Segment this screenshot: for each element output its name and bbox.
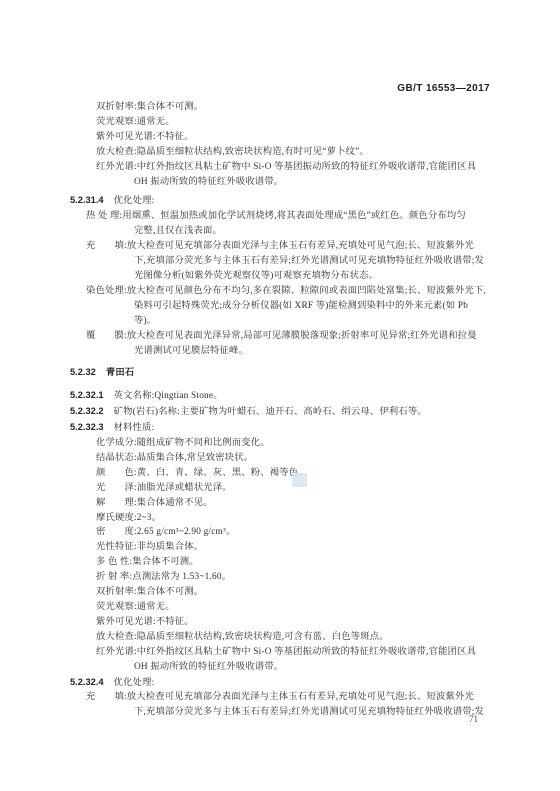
clause-number: 5.2.32.2 bbox=[70, 406, 104, 416]
doc-line: 下,充填部分荧光多与主体玉石有差异;红外光谱测试可见充填物特征红外吸收谱带;发 bbox=[70, 254, 500, 269]
doc-line: 双折射率:集合体不可测。 bbox=[70, 585, 500, 600]
clause-number: 5.2.32.4 bbox=[70, 677, 104, 687]
doc-line: 光 泽:油脂光泽或蜡状光泽。 bbox=[70, 481, 500, 496]
doc-line: OH 振动所致的特征红外吸收谱带。 bbox=[70, 175, 500, 190]
line-text: 充 填:放大检查可见充填部分表面光泽与主体玉石有差异,充填处可见气泡;长、短波紫… bbox=[86, 692, 474, 702]
doc-line: 5.2.31.4优化处理: bbox=[70, 193, 500, 209]
line-text: 等)。 bbox=[134, 316, 156, 326]
doc-line: 等)。 bbox=[70, 314, 500, 329]
line-text: 光 泽:油脂光泽或蜡状光泽。 bbox=[96, 483, 232, 493]
doc-line: 光性特征:非均质集合体。 bbox=[70, 540, 500, 555]
doc-line: 摩氏硬度:2~3。 bbox=[70, 511, 500, 526]
doc-line: 染料可引起特殊荧光;成分分析仪器(如 XRF 等)能检测到染料中的外来元素(如 … bbox=[70, 299, 500, 314]
doc-line: 光谱测试可见膜层特征峰。 bbox=[70, 344, 500, 359]
doc-line: 多 色 性:集合体不可测。 bbox=[70, 555, 500, 570]
doc-line: 5.2.32.3材料性质: bbox=[70, 420, 500, 436]
line-text: 下,充填部分荧光多与主体玉石有差异;红外光谱测试可见充填物特征红外吸收谱带;发 bbox=[134, 707, 484, 717]
doc-line: 荧光观察:通常无。 bbox=[70, 115, 500, 130]
doc-line: 颜 色:黄、白、青、绿、灰、黑、粉、褐等色。 bbox=[70, 466, 500, 481]
line-text: 颜 色:黄、白、青、绿、灰、黑、粉、褐等色。 bbox=[96, 468, 308, 478]
doc-line: 下,充填部分荧光多与主体玉石有差异;红外光谱测试可见充填物特征红外吸收谱带;发 bbox=[70, 705, 500, 720]
doc-line: 密 度:2.65 g/cm³~2.90 g/cm³。 bbox=[70, 525, 500, 540]
doc-line: 放大检查:隐晶质至细粒状结构,致密块状构造,可含有蓝、白色等斑点。 bbox=[70, 630, 500, 645]
line-text: 紫外可见光谱:不特征。 bbox=[96, 132, 194, 142]
line-text: 热 处 理:用烟熏、恒温加热或加化学试剂烧烤,将其表面处理成“黑色”或红色。颜色… bbox=[86, 211, 466, 221]
clause-number: 5.2.32 bbox=[70, 367, 96, 377]
doc-line: 充 填:放大检查可见充填部分表面光泽与主体玉石有差异,充填处可见气泡;长、短波紫… bbox=[70, 690, 500, 705]
line-text: 荧光观察:通常无。 bbox=[96, 602, 175, 612]
line-text: 完整,且仅在浅表面。 bbox=[134, 226, 222, 236]
doc-line: 充 填:放大检查可见充填部分表面光泽与主体玉石有差异,充填处可见气泡;长、短波紫… bbox=[70, 239, 500, 254]
doc-line: 热 处 理:用烟熏、恒温加热或加化学试剂烧烤,将其表面处理成“黑色”或红色。颜色… bbox=[70, 209, 500, 224]
section-heading: 5.2.32青田石 bbox=[70, 365, 500, 381]
doc-line: OH 振动所致的特征红外吸收谱带。 bbox=[70, 660, 500, 675]
line-text: OH 振动所致的特征红外吸收谱带。 bbox=[134, 662, 283, 672]
doc-line: 完整,且仅在浅表面。 bbox=[70, 224, 500, 239]
line-text: 荧光观察:通常无。 bbox=[96, 117, 175, 127]
line-text: 光谱测试可见膜层特征峰。 bbox=[134, 346, 248, 356]
line-text: 红外光谱:中红外指纹区具粘土矿物中 Si-O 等基团振动所致的特征红外吸收谱带,… bbox=[96, 162, 476, 172]
doc-line: 紫外可见光谱:不特征。 bbox=[70, 130, 500, 145]
doc-line: 5.2.32.1英文名称:Qingtian Stone。 bbox=[70, 388, 500, 404]
line-text: 光性特征:非均质集合体。 bbox=[96, 542, 203, 552]
line-text: 优化处理: bbox=[114, 196, 155, 206]
document-page: GB/T 16553—2017 双折射率:集合体不可测。荧光观察:通常无。紫外可… bbox=[0, 0, 560, 791]
doc-line: 折 射 率:点测法常为 1.53~1.60。 bbox=[70, 570, 500, 585]
doc-body: 双折射率:集合体不可测。荧光观察:通常无。紫外可见光谱:不特征。放大检查:隐晶质… bbox=[70, 100, 500, 720]
clause-number: 5.2.32.1 bbox=[70, 390, 104, 400]
line-text: 结晶状态:晶质集合体,常呈致密块状。 bbox=[96, 453, 253, 463]
line-text: 充 填:放大检查可见充填部分表面光泽与主体玉石有差异,充填处可见气泡;长、短波紫… bbox=[86, 241, 474, 251]
doc-line: 染色处理:放大检查可见颜色分布不均匀,多在裂隙、粒隙间或表面凹陷处富集;长、短波… bbox=[70, 284, 500, 299]
line-text: 放大检查:隐晶质至细粒状结构,致密块状构造,可含有蓝、白色等斑点。 bbox=[96, 632, 389, 642]
watermark-stamp bbox=[292, 473, 307, 487]
standard-code-header: GB/T 16553—2017 bbox=[397, 83, 490, 94]
doc-line: 5.2.32.4优化处理: bbox=[70, 675, 500, 691]
line-text: 染料可引起特殊荧光;成分分析仪器(如 XRF 等)能检测到染料中的外来元素(如 … bbox=[134, 301, 468, 311]
line-text: 化学成分:随组成矿物不同和比例而变化。 bbox=[96, 438, 270, 448]
doc-line: 光图像分析(如紫外荧光观察仪等)可观察充填物分布状态。 bbox=[70, 269, 500, 284]
clause-number: 5.2.31.4 bbox=[70, 195, 104, 205]
line-text: 英文名称:Qingtian Stone。 bbox=[114, 391, 223, 401]
line-text: 优化处理: bbox=[114, 678, 155, 688]
doc-line: 覆 膜:放大检查可见表面光泽异常,局部可见薄膜脱落现象;折射率可见异常;红外光谱… bbox=[70, 329, 500, 344]
doc-line: 红外光谱:中红外指纹区具粘土矿物中 Si-O 等基团振动所致的特征红外吸收谱带,… bbox=[70, 160, 500, 175]
line-text: 矿物(岩石)名称:主要矿物为叶蜡石、迪开石、高岭石、绢云母、伊利石等。 bbox=[114, 407, 427, 417]
line-text: 紫外可见光谱:不特征。 bbox=[96, 617, 194, 627]
line-text: 光图像分析(如紫外荧光观察仪等)可观察充填物分布状态。 bbox=[134, 271, 378, 281]
page-number: 71 bbox=[469, 714, 478, 724]
line-text: 双折射率:集合体不可测。 bbox=[96, 102, 203, 112]
doc-line: 放大检查:隐晶质至细粒状结构,致密块状构造,有时可见“萝卜纹”。 bbox=[70, 145, 500, 160]
line-text: OH 振动所致的特征红外吸收谱带。 bbox=[134, 177, 283, 187]
clause-number: 5.2.32.3 bbox=[70, 422, 104, 432]
line-text: 多 色 性:集合体不可测。 bbox=[96, 557, 199, 567]
line-text: 折 射 率:点测法常为 1.53~1.60。 bbox=[96, 572, 231, 582]
line-text: 下,充填部分荧光多与主体玉石有差异;红外光谱测试可见充填物特征红外吸收谱带;发 bbox=[134, 256, 484, 266]
line-text: 材料性质: bbox=[114, 423, 155, 433]
doc-line: 化学成分:随组成矿物不同和比例而变化。 bbox=[70, 436, 500, 451]
doc-line: 红外光谱:中红外指纹区具粘土矿物中 Si-O 等基团振动所致的特征红外吸收谱带,… bbox=[70, 645, 500, 660]
doc-line: 解 理:集合体通常不见。 bbox=[70, 496, 500, 511]
line-text: 覆 膜:放大检查可见表面光泽异常,局部可见薄膜脱落现象;折射率可见异常;红外光谱… bbox=[86, 331, 477, 341]
doc-line: 荧光观察:通常无。 bbox=[70, 600, 500, 615]
doc-line: 紫外可见光谱:不特征。 bbox=[70, 615, 500, 630]
line-text: 双折射率:集合体不可测。 bbox=[96, 587, 203, 597]
line-text: 染色处理:放大检查可见颜色分布不均匀,多在裂隙、粒隙间或表面凹陷处富集;长、短波… bbox=[86, 286, 486, 296]
doc-line: 结晶状态:晶质集合体,常呈致密块状。 bbox=[70, 451, 500, 466]
line-text: 红外光谱:中红外指纹区具粘土矿物中 Si-O 等基团振动所致的特征红外吸收谱带,… bbox=[96, 647, 476, 657]
doc-line: 双折射率:集合体不可测。 bbox=[70, 100, 500, 115]
line-text: 青田石 bbox=[106, 367, 135, 377]
line-text: 解 理:集合体通常不见。 bbox=[96, 498, 213, 508]
line-text: 摩氏硬度:2~3。 bbox=[96, 513, 161, 523]
doc-line: 5.2.32.2矿物(岩石)名称:主要矿物为叶蜡石、迪开石、高岭石、绢云母、伊利… bbox=[70, 404, 500, 420]
line-text: 放大检查:隐晶质至细粒状结构,致密块状构造,有时可见“萝卜纹”。 bbox=[96, 147, 369, 157]
line-text: 密 度:2.65 g/cm³~2.90 g/cm³。 bbox=[96, 527, 235, 537]
